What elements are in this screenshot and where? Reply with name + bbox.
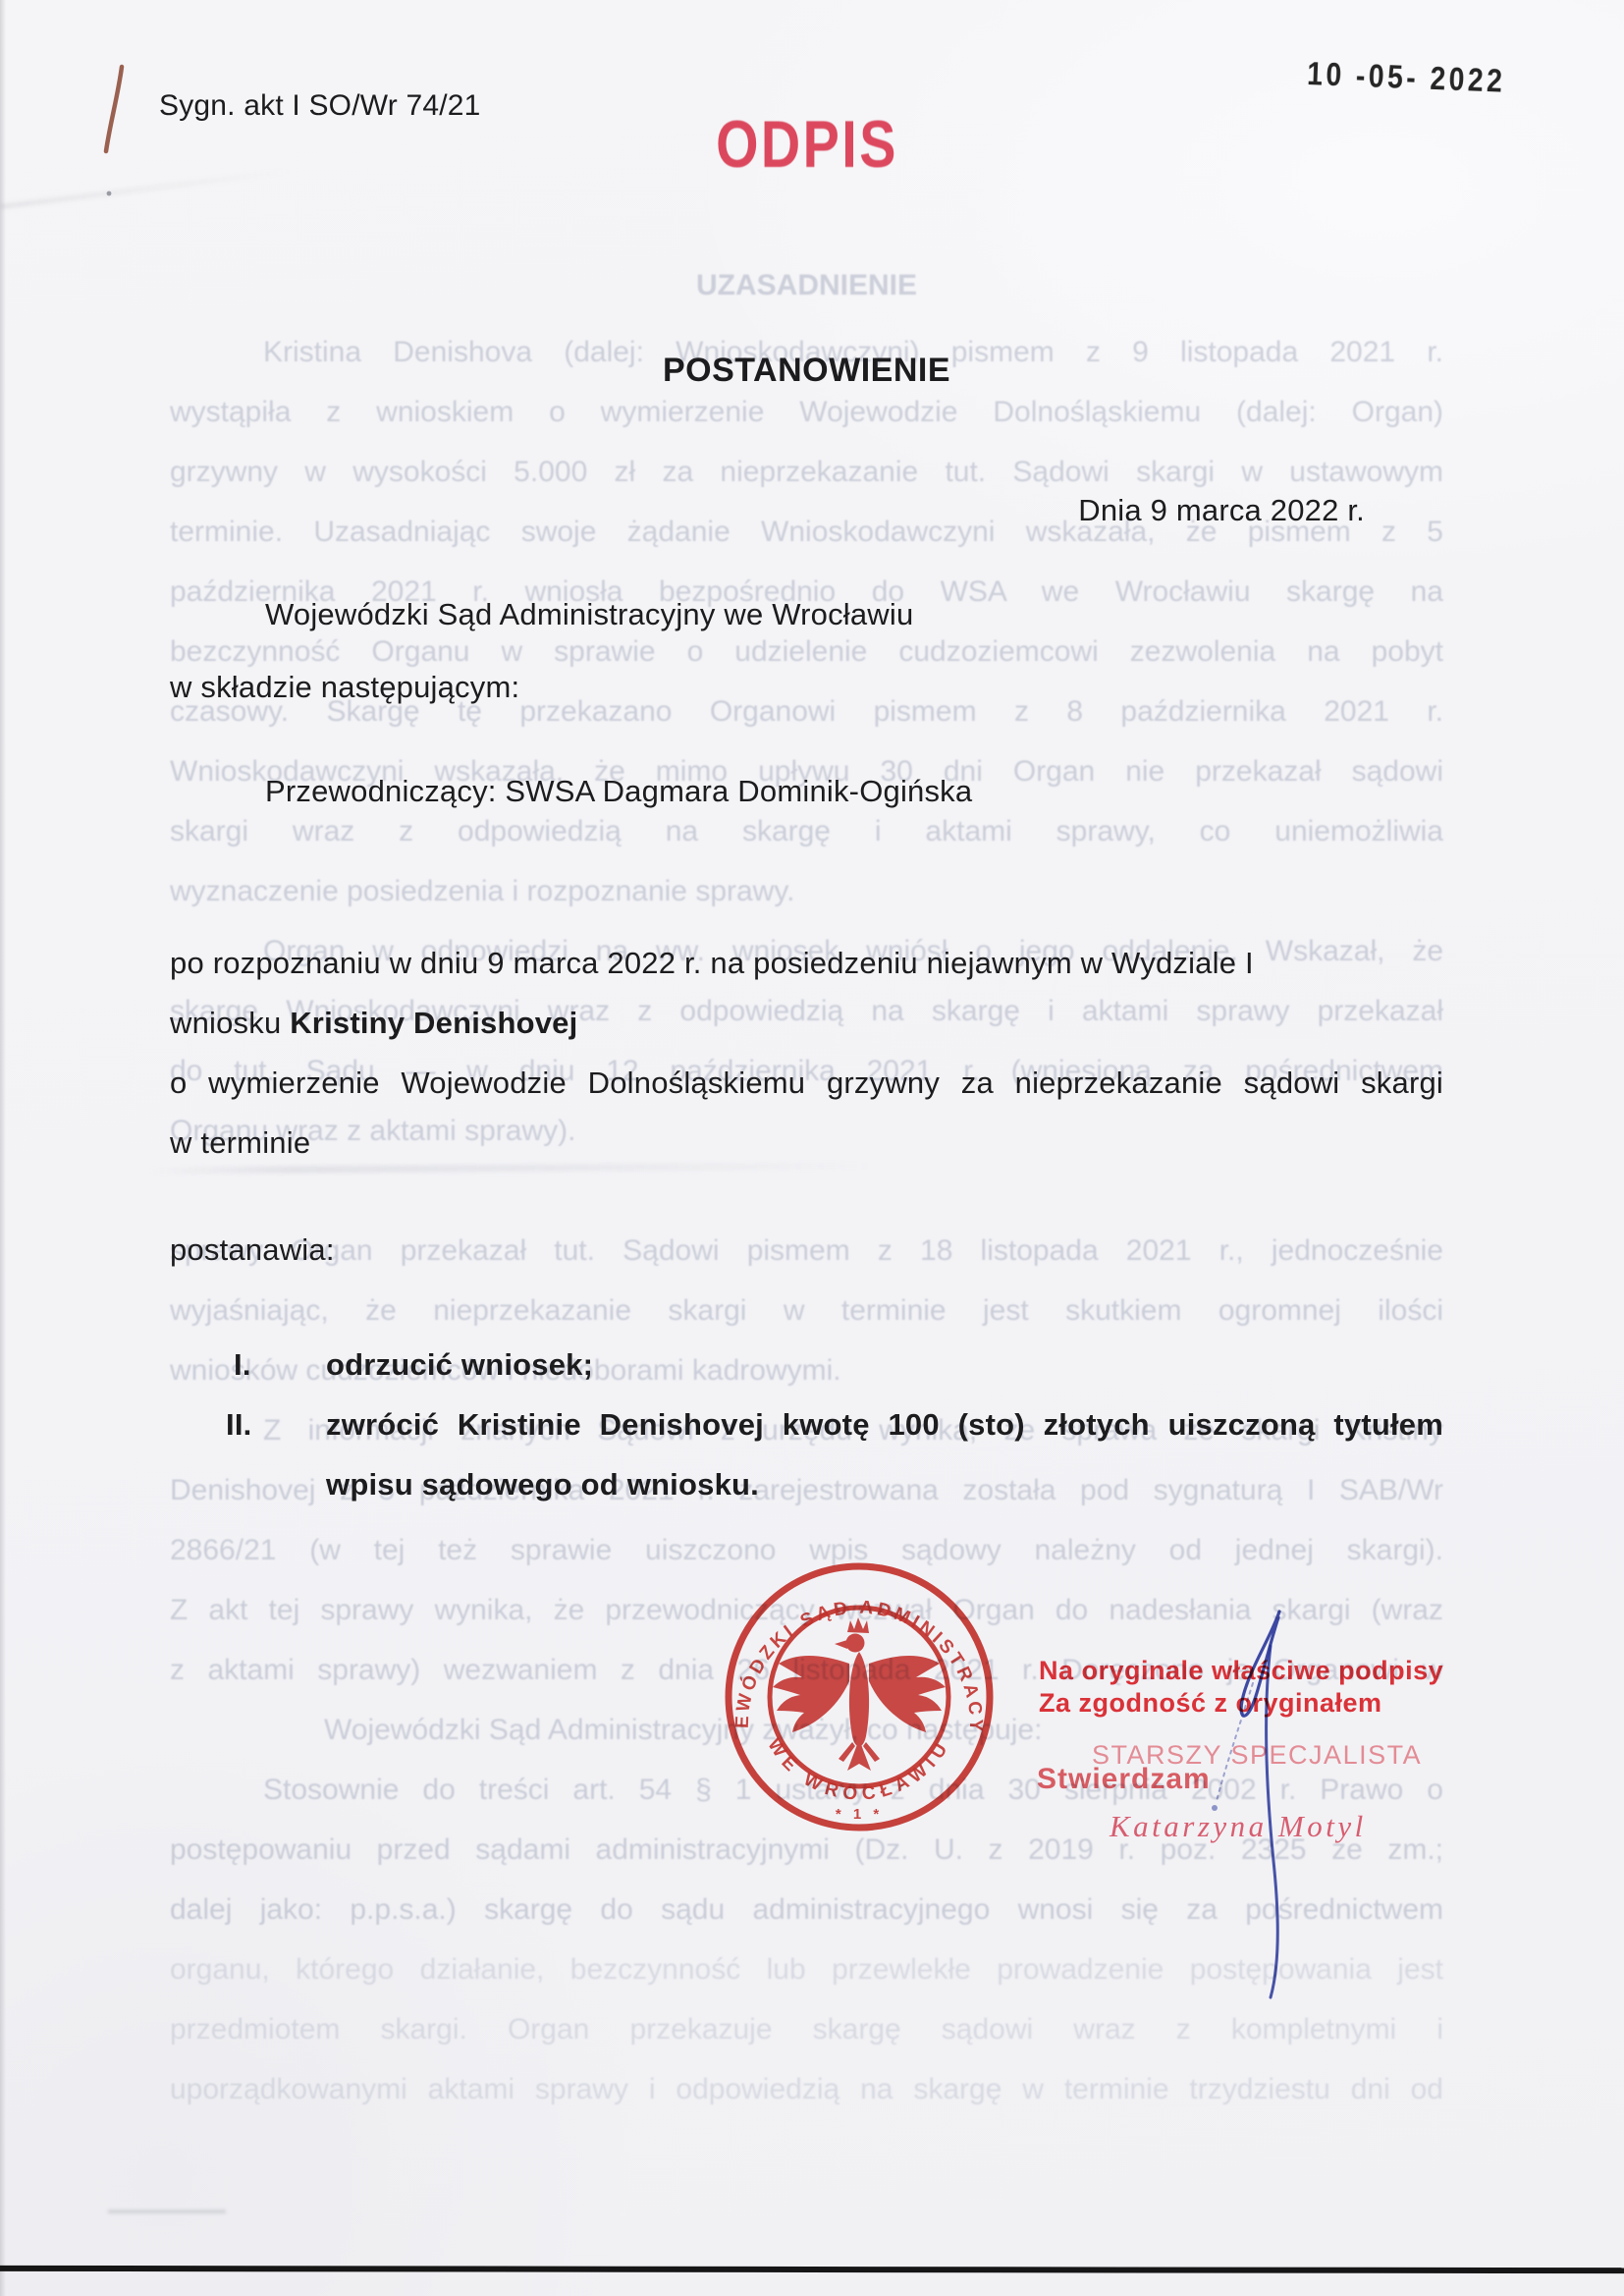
scanned-court-document: UZASADNIENIEKristina Denishova (dalej: W… (0, 0, 1624, 2296)
handwritten-signature (0, 0, 1624, 2296)
